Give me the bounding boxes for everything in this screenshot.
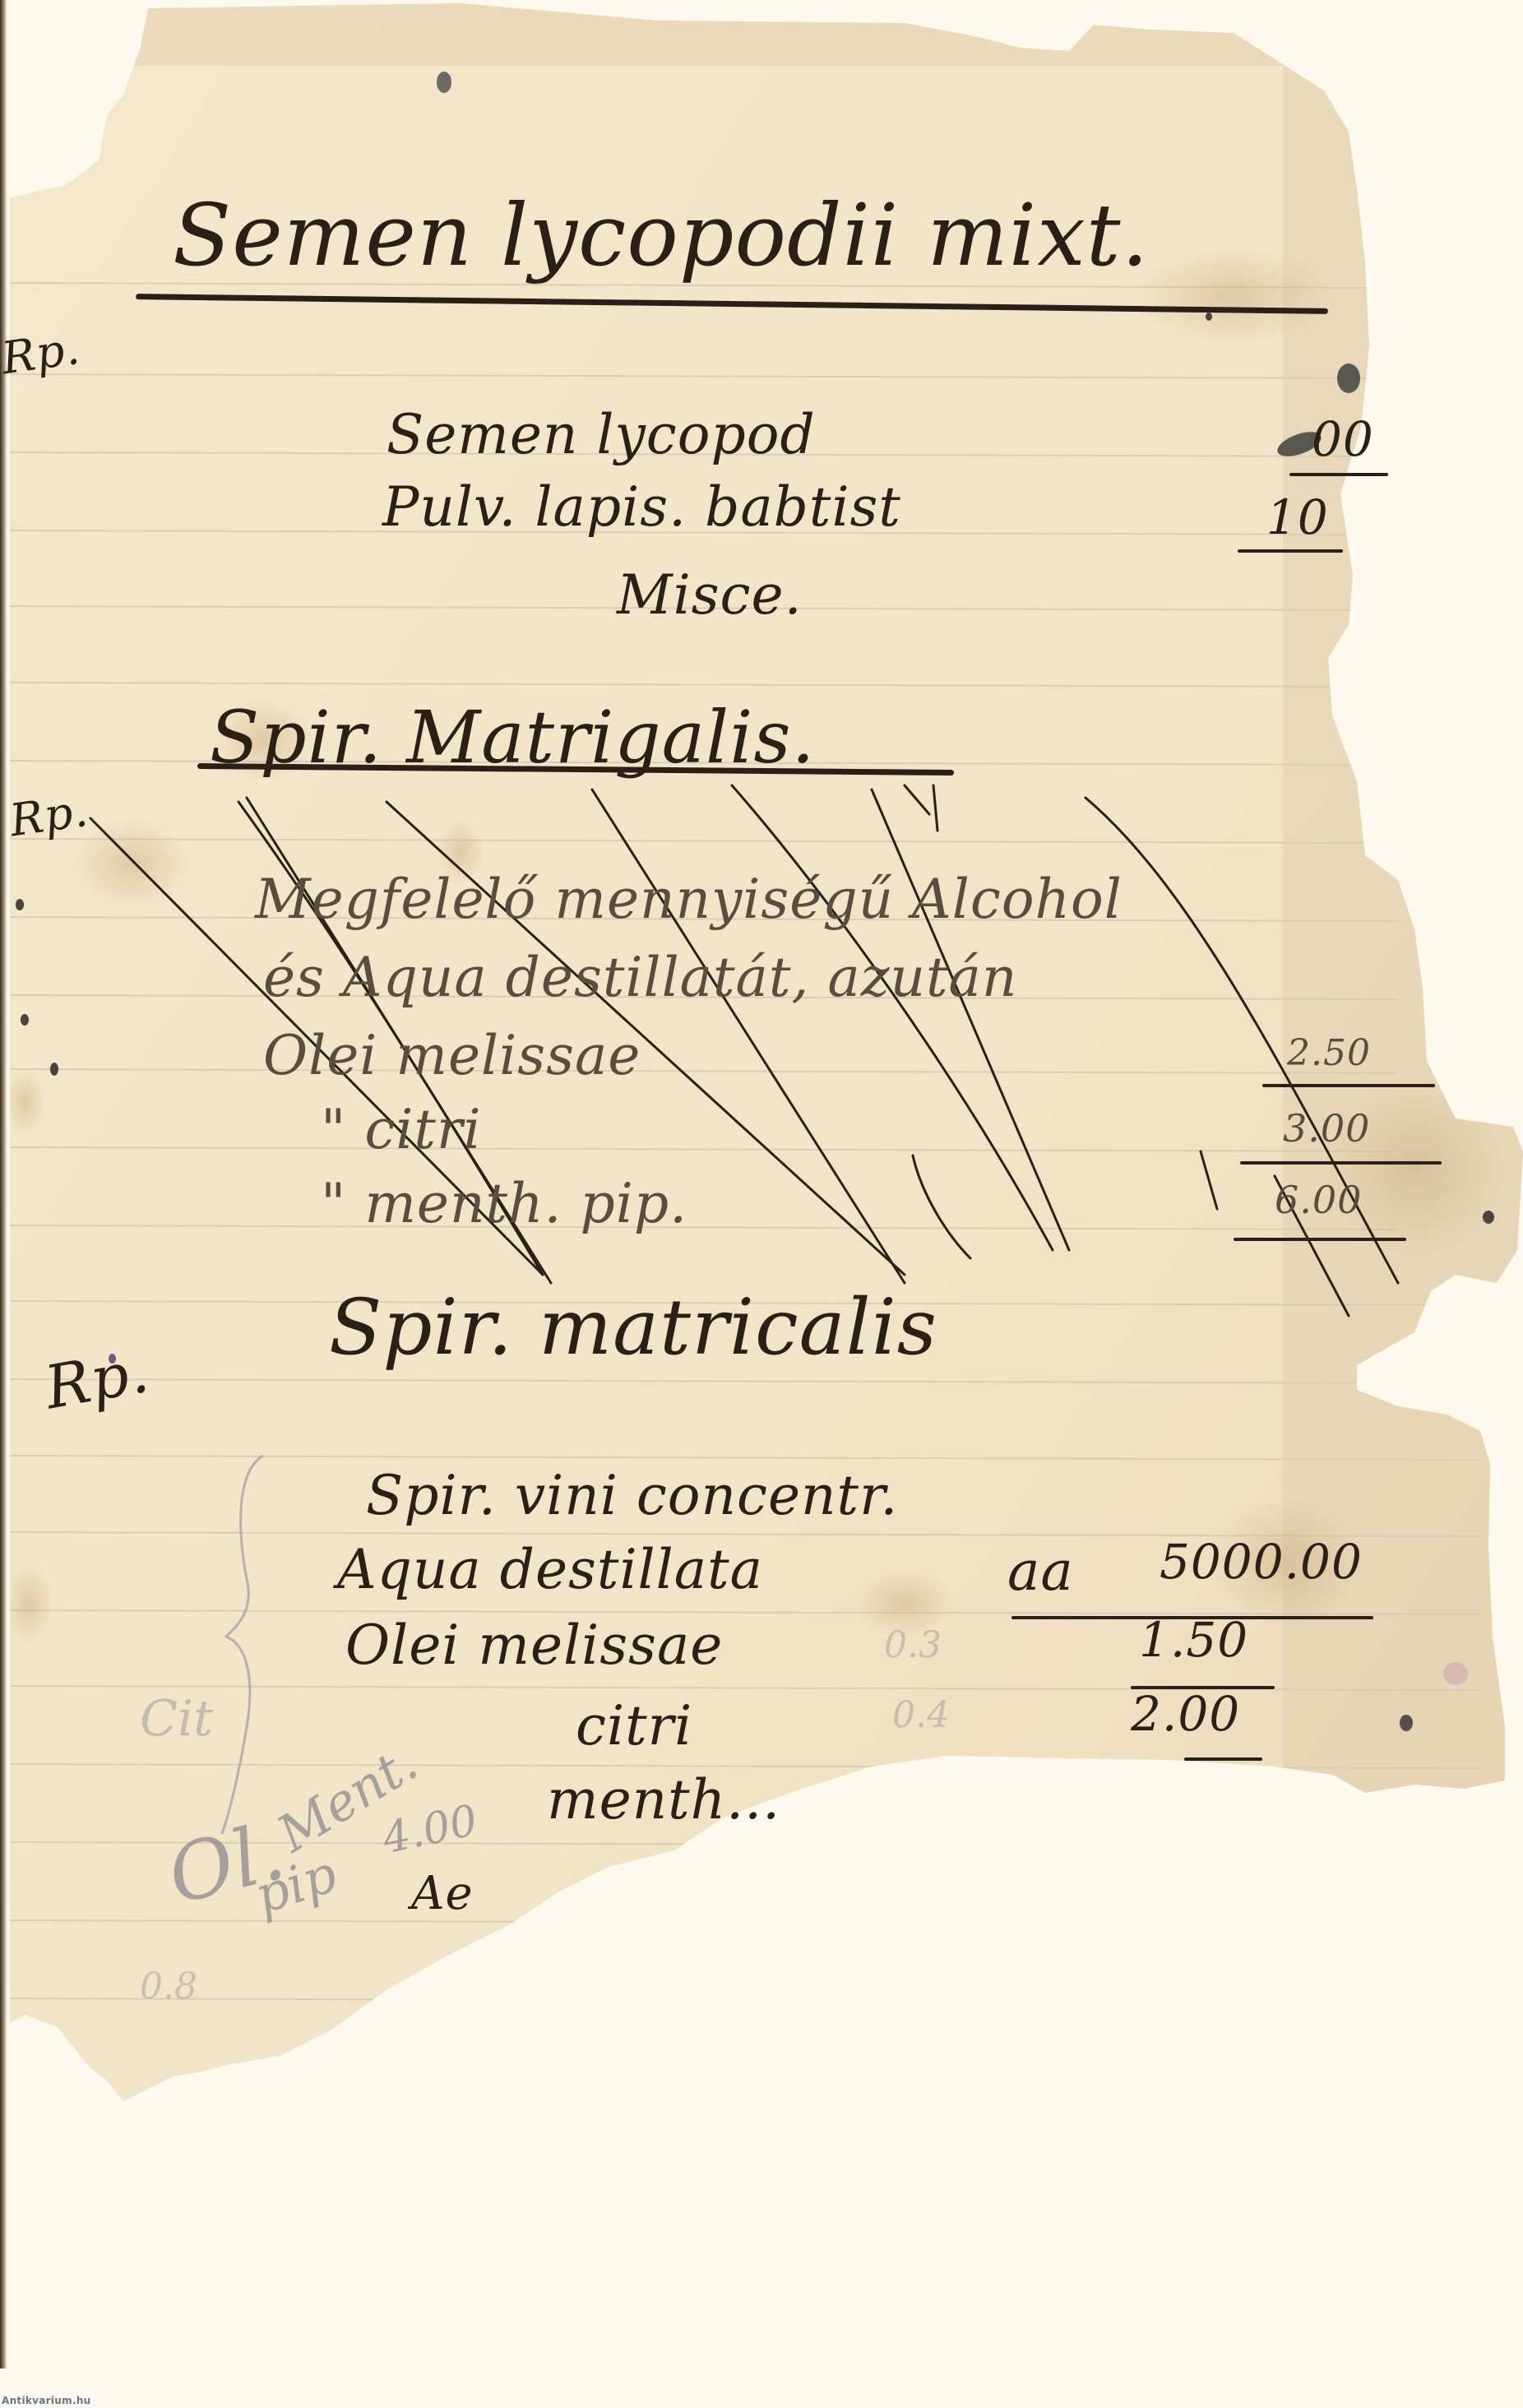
section2-amount-3-underline — [1234, 1238, 1406, 1241]
section2-text-line-1: Megfelelő mennyiségű Alcohol — [255, 868, 1123, 931]
section2-ingredient-3-amount: 6.00 — [1275, 1178, 1362, 1222]
section2-ingredient-3-name: " menth. pip. — [321, 1172, 687, 1235]
section3-ingredient-2-name: Aqua destillata — [337, 1538, 763, 1601]
section3-ingredient-3-pencil-note: 0.3 — [884, 1624, 942, 1666]
section1-rp-label: Rp. — [0, 322, 83, 385]
section3-ingredient-3-amount: 1.50 — [1139, 1612, 1248, 1668]
section3-ingredient-4-name: citri — [576, 1694, 692, 1757]
section3-amount-4-underline — [1184, 1757, 1262, 1761]
margin-note-cit: Cit — [140, 1690, 213, 1748]
section1-amount-2-underline — [1238, 549, 1343, 553]
section2-amount-1-underline — [1262, 1084, 1435, 1087]
section3-title: Spir. matricalis — [329, 1283, 937, 1373]
section1-ingredient-2-amount: 10 — [1266, 489, 1329, 545]
watermark: Antikvarium.hu — [2, 2395, 91, 2406]
margin-ink-fragment: Ae — [411, 1867, 474, 1920]
section3-ingredient-2-amount: 5000.00 — [1160, 1534, 1363, 1590]
section1-ingredient-2-name: Pulv. lapis. babtist — [382, 475, 901, 539]
scanned-page: Semen lycopodii mixt. Rp. Semen lycopod … — [0, 0, 1523, 2408]
section1-ingredient-1-amount: 00 — [1312, 411, 1374, 467]
section1-amount-1-underline — [1289, 473, 1388, 476]
section3-ingredient-4-amount: 2.00 — [1131, 1686, 1240, 1742]
section2-rp-label: Rp. — [7, 785, 91, 847]
section3-ingredient-5-name: menth... — [547, 1768, 780, 1831]
section3-ingredient-2-qualifier: aa — [1007, 1540, 1074, 1603]
section2-amount-2-underline — [1240, 1161, 1442, 1165]
section1-title: Semen lycopodii mixt. — [173, 185, 1150, 285]
section2-ingredient-1-amount: 2.50 — [1287, 1032, 1371, 1074]
section1-instruction: Misce. — [617, 563, 803, 627]
section2-text-line-2: és Aqua destillatát, azután — [263, 946, 1017, 1009]
section1-ingredient-1-name: Semen lycopod — [387, 403, 816, 466]
section3-ingredient-4-pencil-note: 0.4 — [892, 1694, 950, 1736]
margin-note-bottom: 0.8 — [140, 1966, 197, 2007]
section2-ingredient-1-name: Olei melissae — [263, 1024, 641, 1087]
section3-ingredient-3-name: Olei melissae — [345, 1614, 723, 1677]
section3-ingredient-1-name: Spir. vini concentr. — [366, 1464, 898, 1527]
section2-ingredient-2-name: " citri — [321, 1098, 482, 1161]
section2-ingredient-2-amount: 3.00 — [1283, 1106, 1370, 1151]
